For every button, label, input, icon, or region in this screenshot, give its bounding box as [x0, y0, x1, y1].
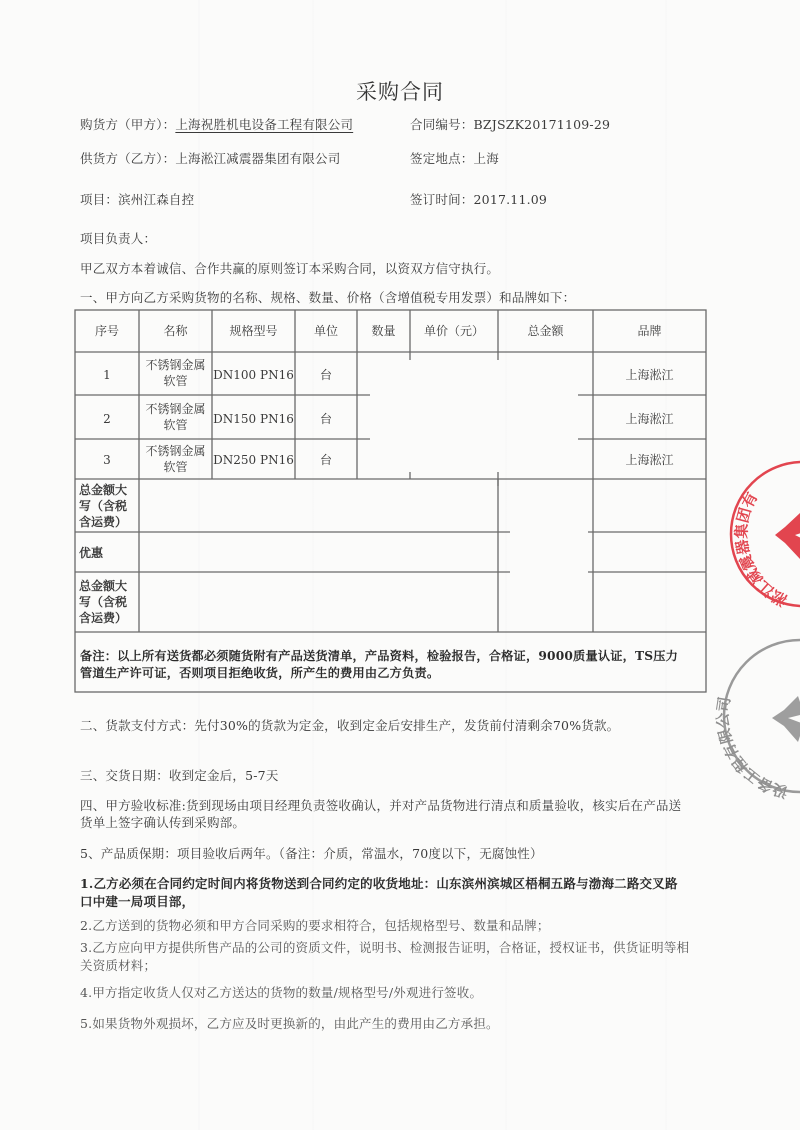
row-brand: 上海淞江: [593, 452, 706, 468]
row-name-line2: 软管: [139, 417, 212, 433]
row-spec: DN150 PN16: [212, 411, 295, 427]
signing-place-label: 签定地点：: [410, 151, 474, 166]
row-unit: 台: [295, 367, 357, 383]
buyer-seal-text: 设备工程有限公司: [714, 696, 790, 800]
section-1-heading: 一、甲方向乙方采购货物的名称、规格、数量、价格（含增值税专用发票）和品牌如下：: [80, 290, 575, 306]
section-2-payment: 二、货款支付方式：先付30%的货款为定金，收到定金后安排生产，发货前付清剩余70…: [80, 718, 619, 734]
summary-label-line: 优惠: [79, 545, 103, 561]
row-brand: 上海淞江: [593, 367, 706, 383]
section-3-delivery: 三、交货日期：收到定金后，5-7天: [80, 768, 279, 784]
row-name-line2: 软管: [139, 459, 212, 475]
summary-label-line: 写（含税: [79, 594, 127, 610]
buyer-value: 上海祝胜机电设备工程有限公司: [175, 117, 353, 132]
intro-paragraph: 甲乙双方本着诚信、合作共赢的原则签订本采购合同，以资双方信守执行。: [80, 261, 499, 277]
project-manager-label: 项目负责人：: [80, 231, 156, 247]
project-value: 滨州江森自控: [118, 192, 194, 207]
supplier-label: 供货方（乙方）：: [80, 151, 175, 166]
section-4-line-2: 货单上签字确认传到采购部。: [80, 815, 245, 831]
supplier-seal: 淞江减震器集团有: [715, 455, 800, 615]
column-header-price: 单价（元）: [410, 323, 498, 339]
document-title: 采购合同: [0, 76, 800, 106]
term-1-line-2: 口中建一局项目部，: [80, 894, 194, 910]
summary-label-line: 含运费）: [79, 610, 127, 626]
summary-label-line: 含运费）: [79, 514, 127, 530]
term-2: 2.乙方送到的货物必须和甲方合同采购的要求相符合，包括规格型号、数量和品牌；: [80, 918, 550, 934]
term-3-line-1: 3.乙方应向甲方提供所售产品的公司的资质文件，说明书、检测报告证明，合格证，授权…: [80, 940, 689, 956]
contract-number-field: 合同编号：BZJSZK20171109-29: [410, 117, 610, 133]
row-name-line1: 不锈钢金属: [139, 357, 212, 373]
remark-line-2: 管道生产许可证，否则项目拒绝收货，所产生的费用由乙方负责。: [80, 665, 439, 681]
row-no: 1: [75, 367, 139, 383]
summary-label-line: 总金额大: [79, 578, 127, 594]
column-header-total: 总金额: [498, 323, 593, 339]
row-spec: DN100 PN16: [212, 367, 295, 383]
column-header-qty: 数量: [357, 323, 410, 339]
summary-label-line: 写（含税: [79, 498, 127, 514]
row-spec: DN250 PN16: [212, 452, 295, 468]
project-field: 项目：滨州江森自控: [80, 192, 194, 208]
contract-number-value: BZJSZK20171109-29: [474, 117, 611, 132]
section-5-warranty: 5、产品质保期：项目验收后两年。（备注：介质，常温水，70度以下，无腐蚀性）: [80, 846, 543, 862]
column-header-no: 序号: [75, 323, 139, 339]
column-header-spec: 规格型号: [212, 323, 295, 339]
row-name-line1: 不锈钢金属: [139, 443, 212, 459]
signing-date-label: 签订时间：: [410, 192, 474, 207]
buyer-label: 购货方（甲方）：: [80, 117, 175, 132]
row-unit: 台: [295, 411, 357, 427]
contract-page: 采购合同 购货方（甲方）：上海祝胜机电设备工程有限公司 合同编号：BZJSZK2…: [0, 0, 800, 1130]
column-header-brand: 品牌: [593, 323, 706, 339]
row-unit: 台: [295, 452, 357, 468]
supplier-field: 供货方（乙方）：上海淞江减震器集团有限公司: [80, 151, 340, 167]
signing-place-field: 签定地点：上海: [410, 151, 499, 167]
column-header-name: 名称: [139, 323, 212, 339]
summary-label-line: 总金额大: [79, 482, 127, 498]
term-5: 5.如果货物外观损坏，乙方应及时更换新的，由此产生的费用由乙方承担。: [80, 1016, 499, 1032]
supplier-seal-text: 淞江减震器集团有: [732, 489, 791, 610]
term-1-line-1: 1.乙方必须在合同约定时间内将货物送到合同约定的收货地址：山东滨州滨城区梧桐五路…: [80, 876, 678, 892]
signing-date-value: 2017.11.09: [474, 192, 548, 207]
row-name-line2: 软管: [139, 373, 212, 389]
row-no: 3: [75, 452, 139, 468]
row-name-line1: 不锈钢金属: [139, 401, 212, 417]
contract-number-label: 合同编号：: [410, 117, 474, 132]
row-no: 2: [75, 411, 139, 427]
term-3-line-2: 关资质材料；: [80, 958, 156, 974]
signing-date-field: 签订时间：2017.11.09: [410, 192, 547, 208]
project-label: 项目：: [80, 192, 118, 207]
supplier-value: 上海淞江减震器集团有限公司: [175, 151, 340, 166]
section-4-line-1: 四、甲方验收标准:货到现场由项目经理负责签收确认，并对产品货物进行清点和质量验收…: [80, 798, 681, 814]
star-icon: [775, 513, 800, 559]
signing-place-value: 上海: [474, 151, 499, 166]
row-brand: 上海淞江: [593, 411, 706, 427]
buyer-field: 购货方（甲方）：上海祝胜机电设备工程有限公司: [80, 117, 353, 133]
star-icon: [772, 696, 800, 742]
column-header-unit: 单位: [295, 323, 357, 339]
term-4: 4.甲方指定收货人仅对乙方送达的货物的数量/规格型号/外观进行签收。: [80, 985, 482, 1001]
remark-line-1: 备注：以上所有送货都必须随货附有产品送货清单，产品资料，检验报告，合格证，900…: [80, 648, 678, 664]
buyer-seal: 设备工程有限公司: [688, 630, 800, 800]
